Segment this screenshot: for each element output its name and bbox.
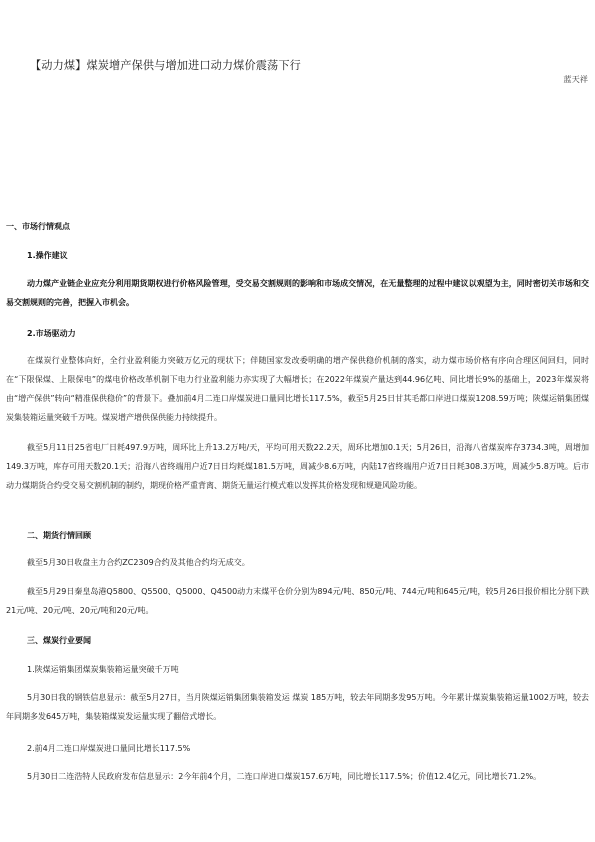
paragraph-futures-review-1: 截至5月30日收盘主力合约ZC2309合约及其他合约均无成交。 bbox=[6, 553, 589, 572]
section-heading-market-view: 一、市场行情观点 bbox=[6, 221, 70, 232]
news-paragraph-2: 5月30日二连浩特人民政府发布信息显示：2今年前4个月，二连口岸进口煤炭157.… bbox=[6, 767, 589, 786]
subheading-operation-advice: 1.操作建议 bbox=[27, 250, 68, 261]
section-heading-futures-review: 二、期货行情回顾 bbox=[27, 530, 91, 541]
subheading-market-drivers: 2.市场驱动力 bbox=[27, 328, 76, 339]
paragraph-market-drivers-2: 截至5月11日25省电厂日耗497.9万吨，周环比上升13.2万吨/天，平均可用… bbox=[6, 438, 589, 495]
paragraph-operation-advice: 动力煤产业链企业应充分利用期货期权进行价格风险管理，受交易交割规则的影响和市场成… bbox=[6, 274, 589, 312]
section-heading-industry-news: 三、煤炭行业要闻 bbox=[27, 635, 91, 646]
paragraph-market-drivers-1: 在煤炭行业整体向好，全行业盈利能力突破万亿元的现状下；伴随国家发改委明确的增产保… bbox=[6, 351, 589, 427]
news-paragraph-1: 5月30日我的钢铁信息显示：截至5月27日，当月陕煤运销集团集装箱发运 煤炭 1… bbox=[6, 688, 589, 726]
author-name: 蓝天祥 bbox=[563, 74, 588, 85]
news-heading-2: 2.前4月二连口岸煤炭进口量同比增长117.5% bbox=[27, 743, 190, 754]
paragraph-futures-review-2: 截至5月29日秦皇岛港Q5800、Q5500、Q5000、Q4500动力末煤平仓… bbox=[6, 582, 589, 620]
document-title: 【动力煤】煤炭增产保供与增加进口动力煤价震荡下行 bbox=[30, 57, 301, 73]
news-heading-1: 1.陕煤运销集团煤炭集装箱运量突破千万吨 bbox=[27, 664, 179, 675]
